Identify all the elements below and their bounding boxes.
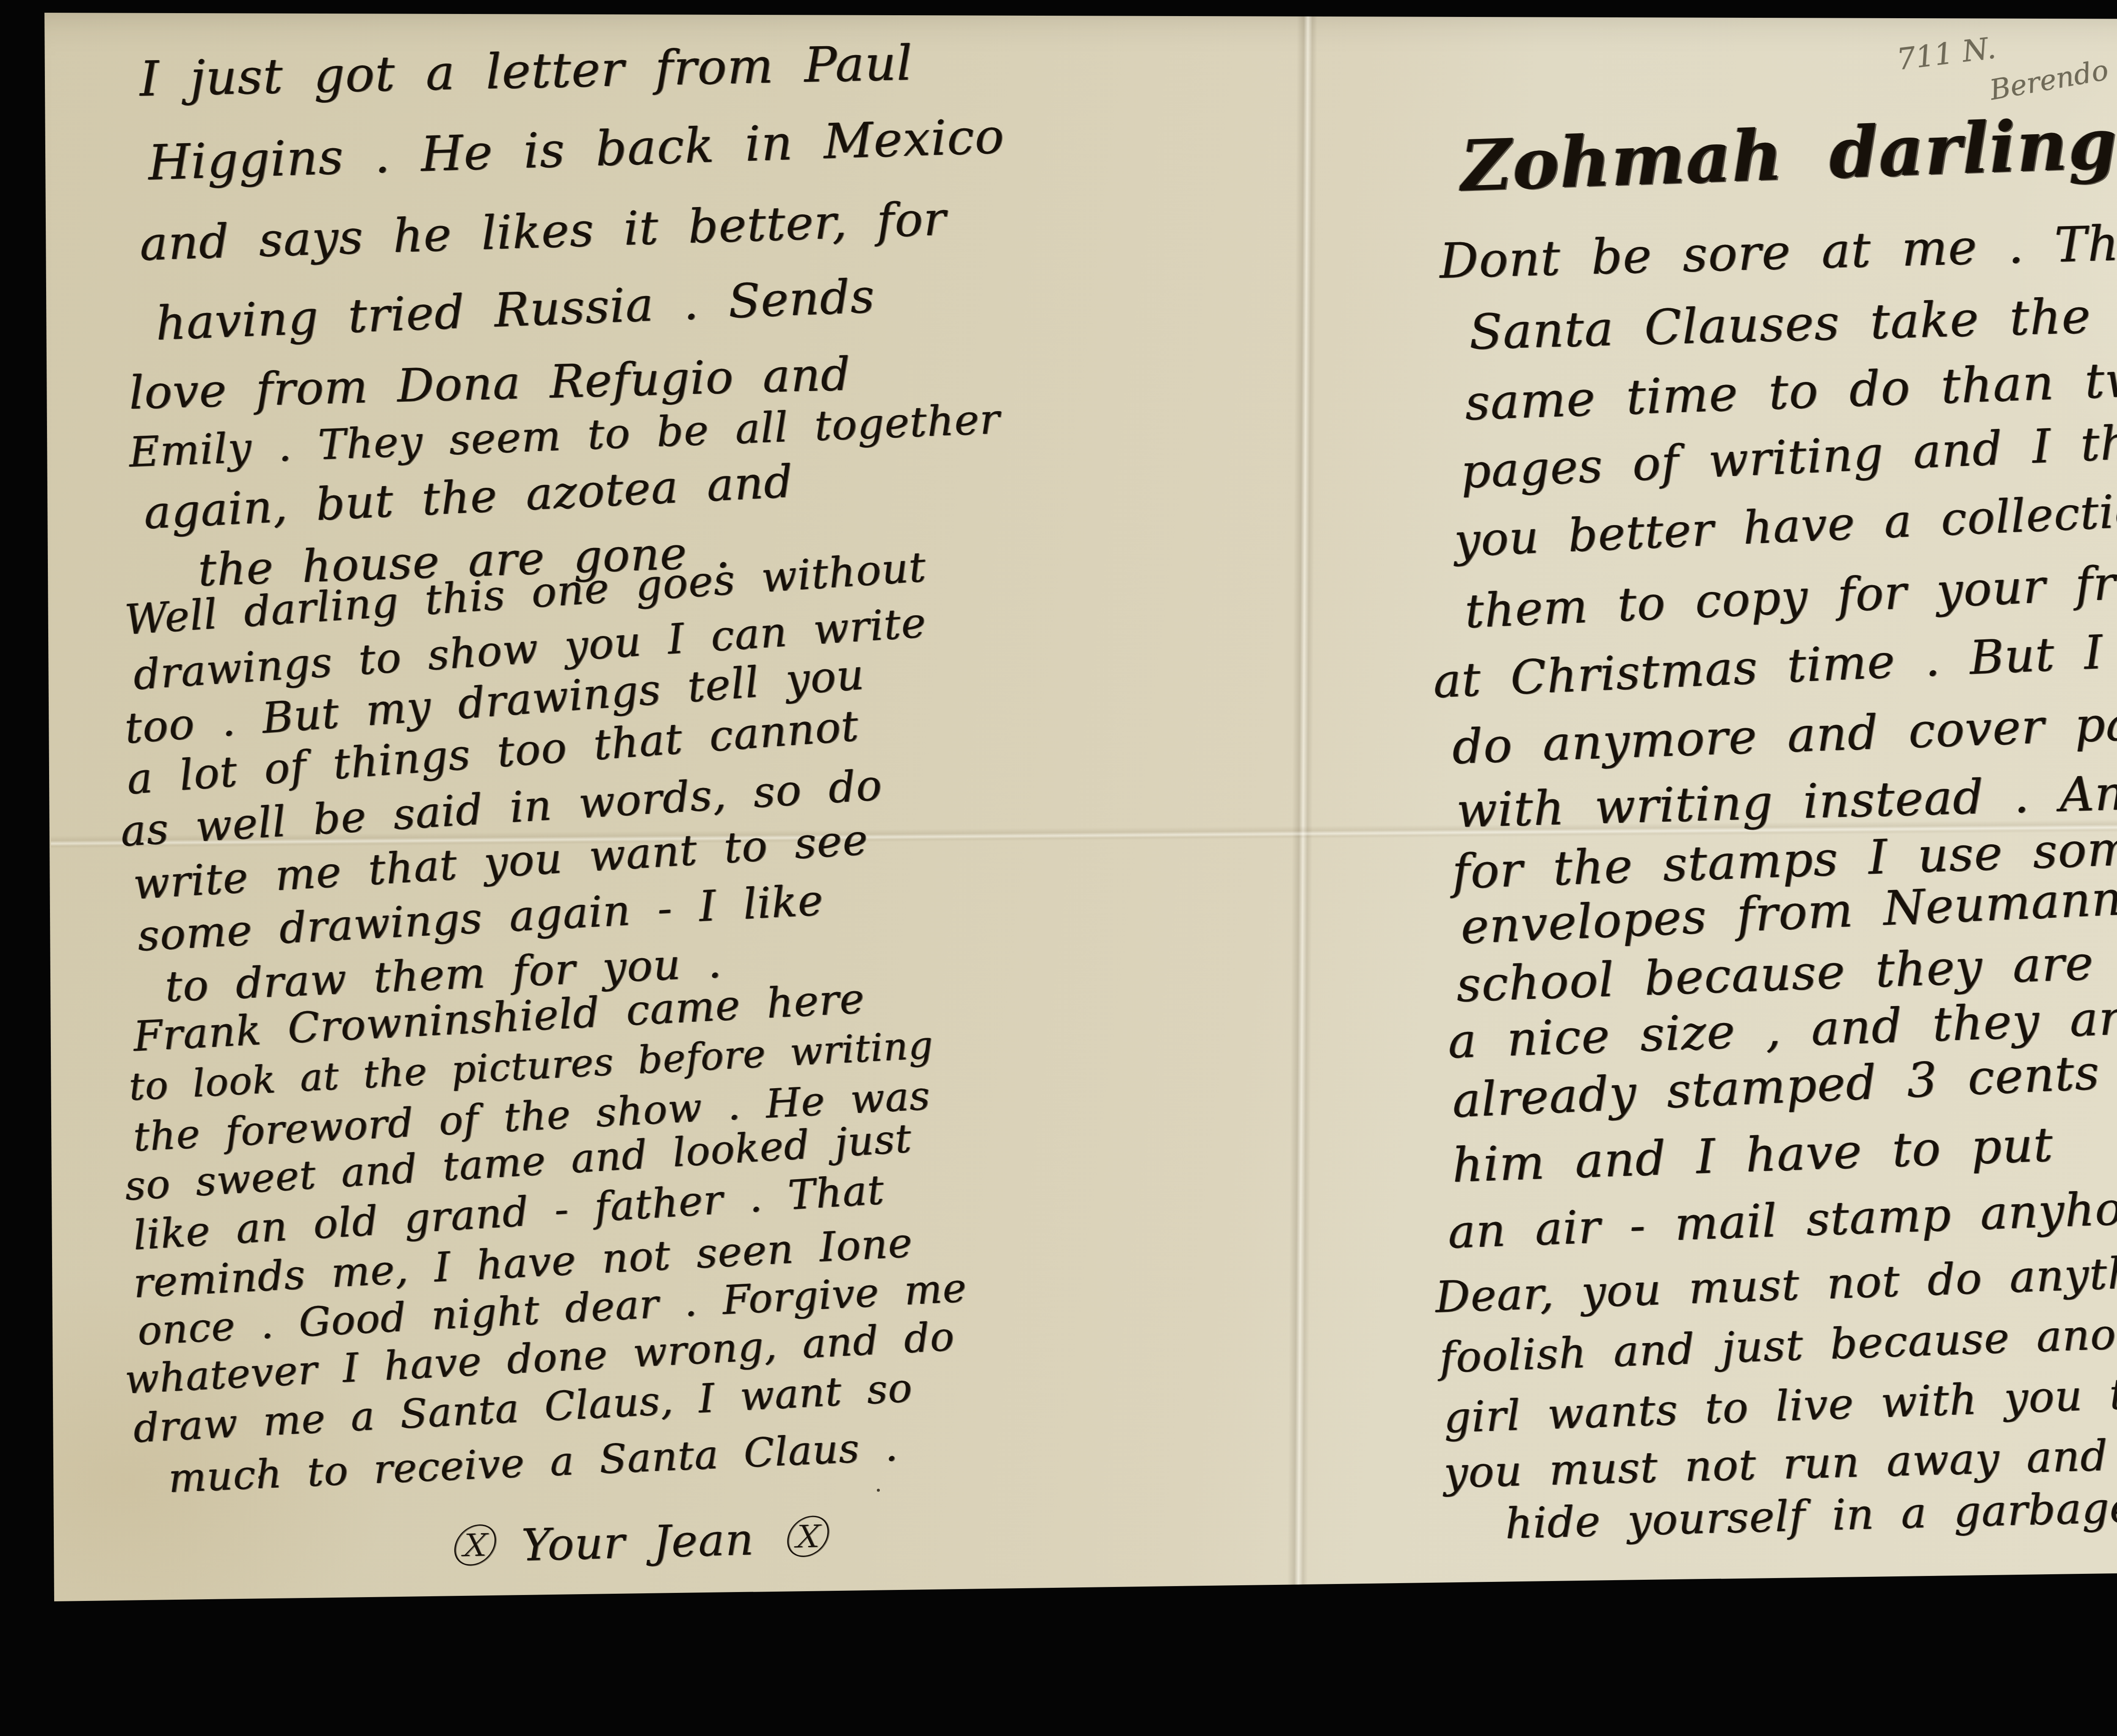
handwriting-line: Higgins . He is back in Mexico <box>147 108 1006 191</box>
signature-line: Ⓧ Your Jean Ⓧ <box>448 1502 827 1575</box>
handwriting-line: I just got a letter from Paul <box>139 35 913 107</box>
pencil-address-number: 711 N. <box>1895 30 1998 77</box>
handwriting-line: having tried Russia . Sends <box>155 269 876 351</box>
handwriting-line: same time to do than two <box>1464 350 2117 431</box>
handwriting-line: and says he likes it better, for <box>139 191 947 271</box>
letter-scan: 711 N. Berendo Dec 2 1932 I just got a l… <box>0 0 2117 1736</box>
handwriting-line: do anymore and cover pages <box>1451 693 2117 775</box>
handwriting-line: Dear, you must not do anything <box>1434 1245 2117 1323</box>
pencil-address-street: Berendo <box>1987 53 2111 106</box>
salutation-line: Zohmah darling <box>1459 102 2117 207</box>
handwriting-line: Santa Clauses take the <box>1468 288 2092 360</box>
handwriting-line: Dont be sore at me . The <box>1439 214 2117 289</box>
handwriting-line: them to copy for your friends <box>1464 550 2117 639</box>
letter-sheet: 711 N. Berendo Dec 2 1932 I just got a l… <box>0 0 2117 1736</box>
fold-crease-vertical <box>1288 8 1318 1592</box>
handwriting-line: him and I have to put <box>1451 1117 2054 1193</box>
handwriting-line: an air - mail stamp anyhow - <box>1447 1179 2117 1259</box>
